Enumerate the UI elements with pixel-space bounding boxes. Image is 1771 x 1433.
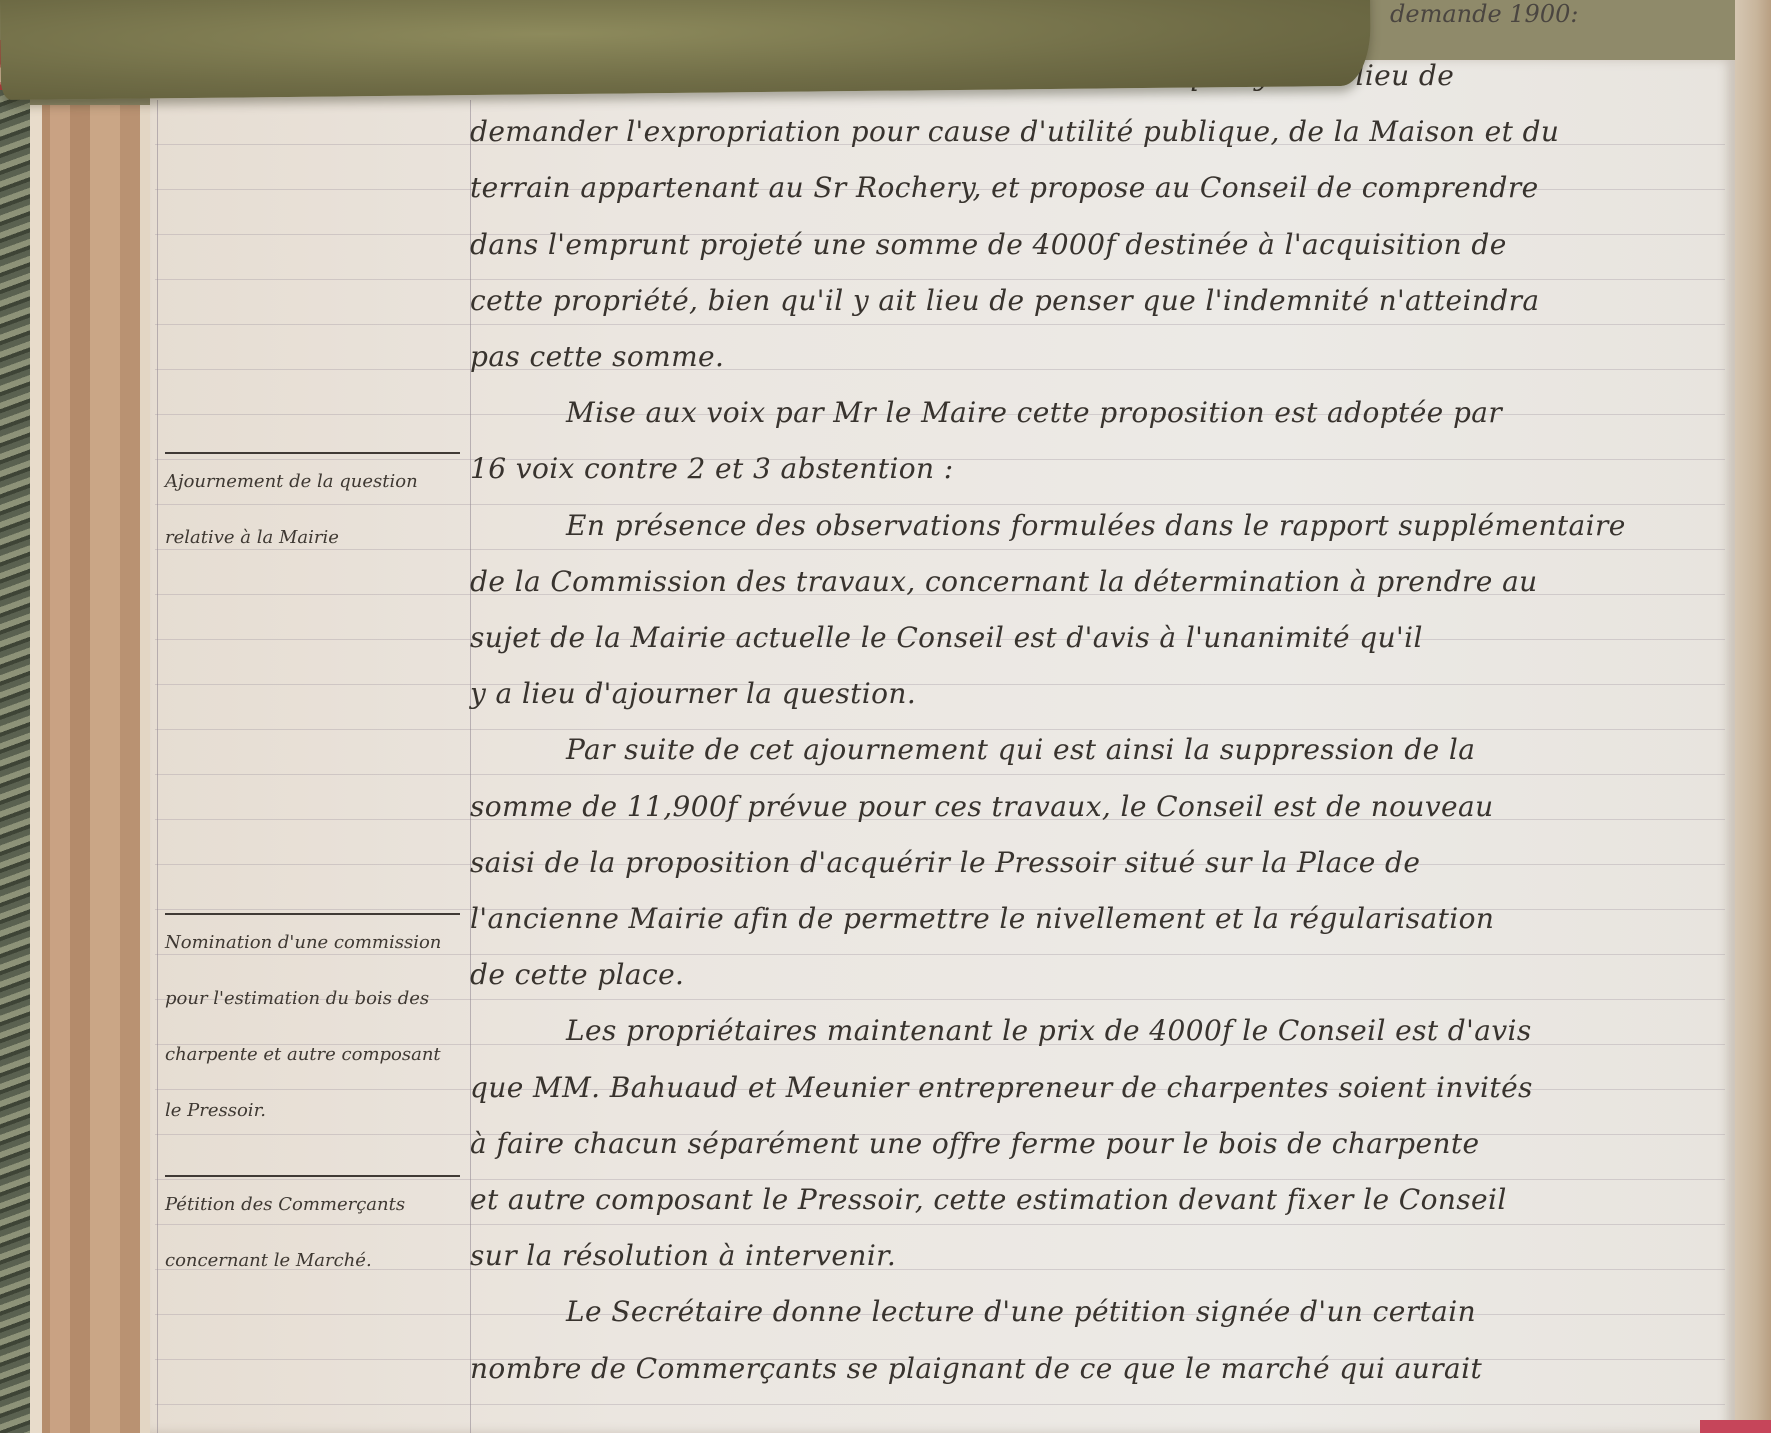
margin-line-left (157, 100, 158, 1433)
margin-note-ajournement: Ajournement de la questionrelative à la … (165, 452, 470, 566)
margin-note-line: Ajournement de la question (165, 454, 470, 510)
header-fragment: demande 1900: (1390, 0, 1578, 28)
text-line: sujet de la Mairie actuelle le Conseil e… (470, 610, 1720, 666)
margin-note-line: concernant le Marché. (165, 1233, 470, 1289)
text-line: que MM. Bahuaud et Meunier entrepreneur … (470, 1060, 1720, 1116)
text-line: Les propriétaires maintenant le prix de … (470, 1003, 1720, 1059)
margin-note-line: Nomination d'une commission (165, 915, 470, 971)
velvet-bookmark-cover (0, 0, 1371, 100)
text-line: dans l'emprunt projeté une somme de 4000… (470, 217, 1720, 273)
margin-note-nomination: Nomination d'une commissionpour l'estima… (165, 913, 470, 1139)
handwritten-minutes: … circonstances, dit-il, la Commission e… (470, 48, 1720, 1397)
text-line: En présence des observations formulées d… (470, 498, 1720, 554)
text-line: demander l'expropriation pour cause d'ut… (470, 104, 1720, 160)
text-line: Le Secrétaire donne lecture d'une pétiti… (470, 1284, 1720, 1340)
margin-note-line: charpente et autre composant (165, 1027, 470, 1083)
text-line: Mise aux voix par Mr le Maire cette prop… (470, 385, 1720, 441)
text-line: 16 voix contre 2 et 3 abstention : (470, 441, 1720, 497)
text-line: Par suite de cet ajournement qui est ain… (470, 722, 1720, 778)
text-line: terrain appartenant au Sr Rochery, et pr… (470, 160, 1720, 216)
text-line: l'ancienne Mairie afin de permettre le n… (470, 891, 1720, 947)
text-line: nombre de Commerçants se plaignant de ce… (470, 1341, 1720, 1397)
page-stack-edge (30, 105, 160, 1433)
text-line: y a lieu d'ajourner la question. (470, 666, 1720, 722)
text-line: somme de 11,900f prévue pour ces travaux… (470, 779, 1720, 835)
margin-note-line: pour l'estimation du bois des (165, 971, 470, 1027)
text-line: cette propriété, bien qu'il y ait lieu d… (470, 273, 1720, 329)
page-right-edge (1735, 0, 1771, 1433)
text-line: saisi de la proposition d'acquérir le Pr… (470, 835, 1720, 891)
text-line: sur la résolution à intervenir. (470, 1228, 1720, 1284)
text-line: et autre composant le Pressoir, cette es… (470, 1172, 1720, 1228)
margin-note-line: le Pressoir. (165, 1083, 470, 1139)
fabric-edge (0, 90, 30, 1433)
text-line: de la Commission des travaux, concernant… (470, 554, 1720, 610)
text-line: pas cette somme. (470, 329, 1720, 385)
text-line: à faire chacun séparément une offre ferm… (470, 1116, 1720, 1172)
margin-note-petition: Pétition des Commerçantsconcernant le Ma… (165, 1175, 470, 1289)
margin-note-line: Pétition des Commerçants (165, 1177, 470, 1233)
text-line: de cette place. (470, 947, 1720, 1003)
margin-note-line: relative à la Mairie (165, 510, 470, 566)
